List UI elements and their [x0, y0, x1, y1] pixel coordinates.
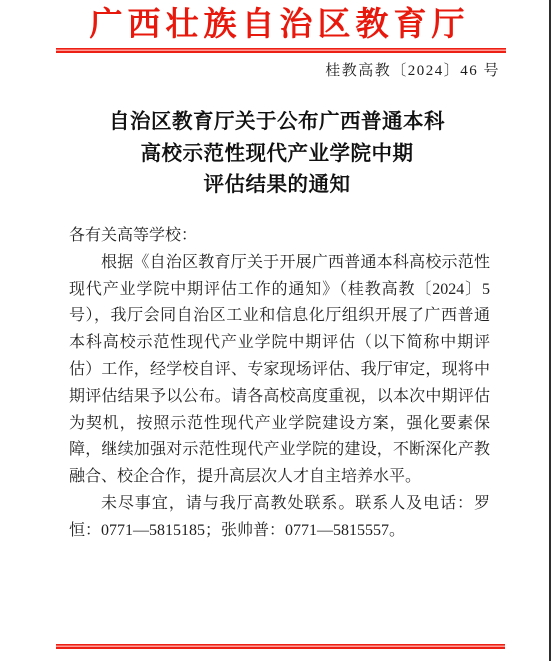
- salutation: 各有关高等学校：: [69, 223, 490, 250]
- document-number: 桂教高教〔2024〕46 号: [56, 61, 500, 81]
- notice-title: 自治区教育厅关于公布广西普通本科 高校示范性现代产业学院中期 评估结果的通知: [27, 107, 527, 202]
- body-paragraph-1: 根据《自治区教育厅关于开展广西普通本科高校示范性现代产业学院中期评估工作的通知》…: [69, 250, 490, 491]
- body-paragraph-2: 未尽事宜，请与我厅高教处联系。联系人及电话：罗恒：0771—5815185；张帅…: [69, 491, 490, 545]
- agency-masthead: 广西壮族自治区教育厅: [2, 5, 552, 45]
- notice-title-line-2: 高校示范性现代产业学院中期: [27, 139, 527, 171]
- notice-title-line-3: 评估结果的通知: [27, 170, 527, 202]
- page-edge-line: [549, 0, 551, 661]
- header-divider-line: [56, 48, 506, 53]
- document-page: 广西壮族自治区教育厅 桂教高教〔2024〕46 号 自治区教育厅关于公布广西普通…: [0, 0, 554, 661]
- footer-divider-line: [56, 644, 505, 649]
- notice-body: 各有关高等学校： 根据《自治区教育厅关于开展广西普通本科高校示范性现代产业学院中…: [69, 223, 490, 545]
- notice-title-line-1: 自治区教育厅关于公布广西普通本科: [27, 107, 527, 139]
